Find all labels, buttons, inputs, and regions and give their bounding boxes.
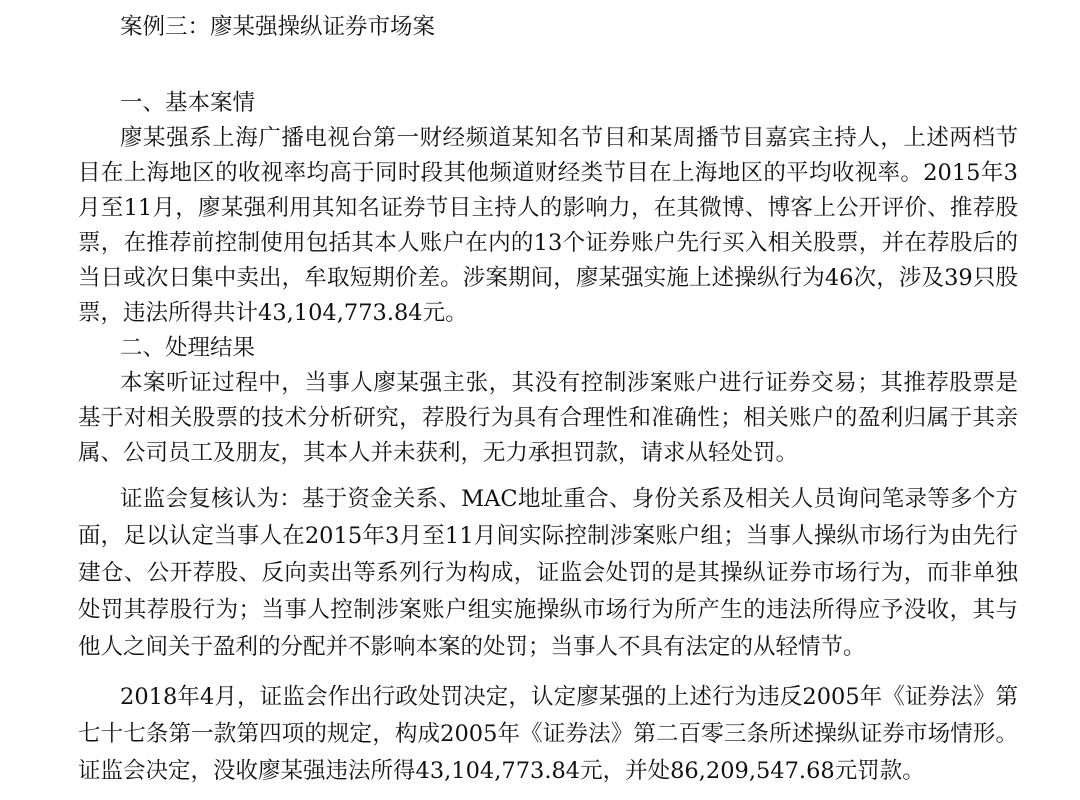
paragraph-line: 七十七条第一款第四项的规定，构成2005年《证券法》第二百零三条所述操纵证券市场… [78, 719, 1018, 749]
section-heading-handling-result: 二、处理结果 [120, 333, 255, 363]
paragraph-line: 票，在推荐前控制使用包括其本人账户在内的13个证券账户先行买入相关股票，并在荐股… [78, 228, 1018, 258]
paragraph-line: 当日或次日集中卖出，牟取短期价差。涉案期间，廖某强实施上述操纵行为46次，涉及3… [78, 263, 1018, 293]
document-page: 案例三：廖某强操纵证券市场案 一、基本案情 廖某强系上海广播电视台第一财经频道某… [0, 0, 1080, 800]
paragraph-line: 属、公司员工及朋友，其本人并未获利，无力承担罚款，请求从轻处罚。 [78, 438, 1018, 468]
case-title: 案例三：廖某强操纵证券市场案 [120, 12, 435, 42]
section-heading-basic-facts: 一、基本案情 [120, 88, 255, 118]
paragraph-line: 面，足以认定当事人在2015年3月至11月间实际控制涉案账户组；当事人操纵市场行… [78, 521, 1018, 551]
paragraph-line: 证监会决定，没收廖某强违法所得43,104,773.84元，并处86,209,5… [78, 756, 1018, 786]
paragraph-line: 基于对相关股票的技术分析研究，荐股行为具有合理性和准确性；相关账户的盈利归属于其… [78, 403, 1018, 433]
paragraph-line: 处罚其荐股行为；当事人控制涉案账户组实施操纵市场行为所产生的违法所得应予没收，其… [78, 595, 1018, 625]
paragraph-line: 票，违法所得共计43,104,773.84元。 [78, 298, 1018, 328]
paragraph-line: 目在上海地区的收视率均高于同时段其他频道财经类节目在上海地区的平均收视率。201… [78, 158, 1018, 188]
paragraph-line: 廖某强系上海广播电视台第一财经频道某知名节目和某周播节目嘉宾主持人，上述两档节 [120, 123, 1018, 153]
paragraph-line: 本案听证过程中，当事人廖某强主张，其没有控制涉案账户进行证券交易；其推荐股票是 [120, 368, 1018, 398]
paragraph-line: 建仓、公开荐股、反向卖出等系列行为构成，证监会处罚的是其操纵证券市场行为，而非单… [78, 558, 1018, 588]
paragraph-line: 2018年4月，证监会作出行政处罚决定，认定廖某强的上述行为违反2005年《证券… [120, 682, 1018, 712]
paragraph-line: 证监会复核认为：基于资金关系、MAC地址重合、身份关系及相关人员询问笔录等多个方 [120, 484, 1018, 514]
paragraph-line: 他人之间关于盈利的分配并不影响本案的处罚；当事人不具有法定的从轻情节。 [78, 632, 1018, 662]
paragraph-line: 月至11月，廖某强利用其知名证券节目主持人的影响力，在其微博、博客上公开评价、推… [78, 193, 1018, 223]
